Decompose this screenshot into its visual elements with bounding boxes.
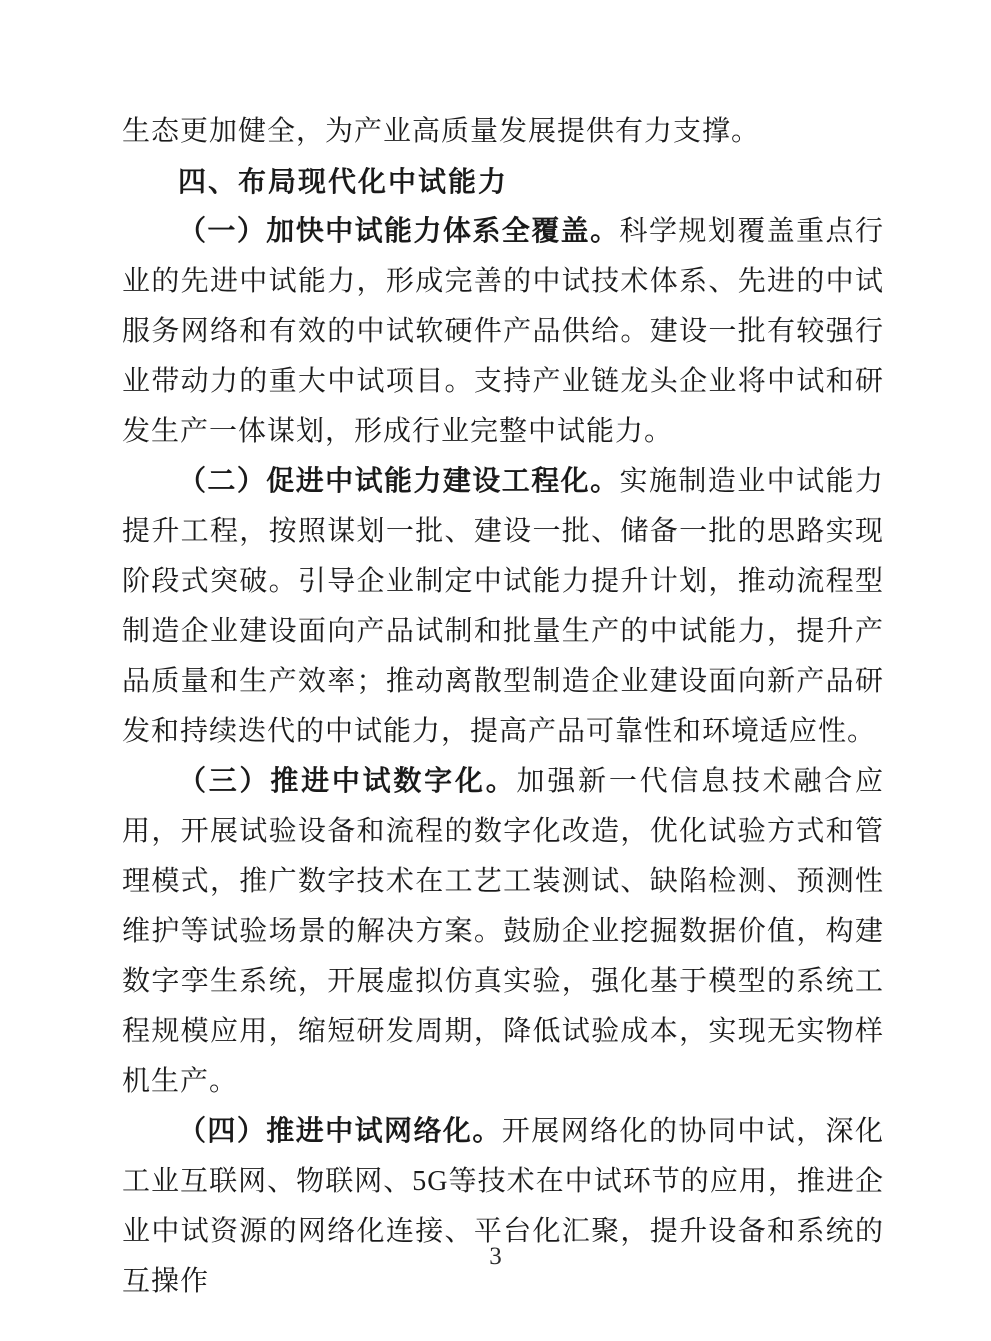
paragraph-2: （二）促进中试能力建设工程化。实施制造业中试能力提升工程，按照谋划一批、建设一批… <box>122 457 884 757</box>
paragraph-2-lead: （二）促进中试能力建设工程化。 <box>178 466 620 497</box>
paragraph-4-lead: （四）推进中试网络化。 <box>178 1116 502 1147</box>
paragraph-3: （三）推进中试数字化。加强新一代信息技术融合应用，开展试验设备和流程的数字化改造… <box>122 757 884 1107</box>
page-number: 3 <box>0 1240 991 1274</box>
paragraph-3-body: 加强新一代信息技术融合应用，开展试验设备和流程的数字化改造，优化试验方式和管理模… <box>122 766 884 1097</box>
paragraph-1: （一）加快中试能力体系全覆盖。科学规划覆盖重点行业的先进中试能力，形成完善的中试… <box>122 207 884 457</box>
paragraph-2-body: 实施制造业中试能力提升工程，按照谋划一批、建设一批、储备一批的思路实现阶段式突破… <box>122 466 884 747</box>
paragraph-1-lead: （一）加快中试能力体系全覆盖。 <box>178 216 620 247</box>
paragraph-1-body: 科学规划覆盖重点行业的先进中试能力，形成完善的中试技术体系、先进的中试服务网络和… <box>122 216 884 447</box>
intro-line: 生态更加健全，为产业高质量发展提供有力支撑。 <box>122 107 884 157</box>
paragraph-4: （四）推进中试网络化。开展网络化的协同中试，深化工业互联网、物联网、5G等技术在… <box>122 1107 884 1307</box>
document-page: 生态更加健全，为产业高质量发展提供有力支撑。 四、布局现代化中试能力 （一）加快… <box>0 0 991 1341</box>
paragraph-3-lead: （三）推进中试数字化。 <box>178 766 517 797</box>
text-block: 生态更加健全，为产业高质量发展提供有力支撑。 四、布局现代化中试能力 （一）加快… <box>122 107 884 1307</box>
section-heading: 四、布局现代化中试能力 <box>122 157 884 207</box>
